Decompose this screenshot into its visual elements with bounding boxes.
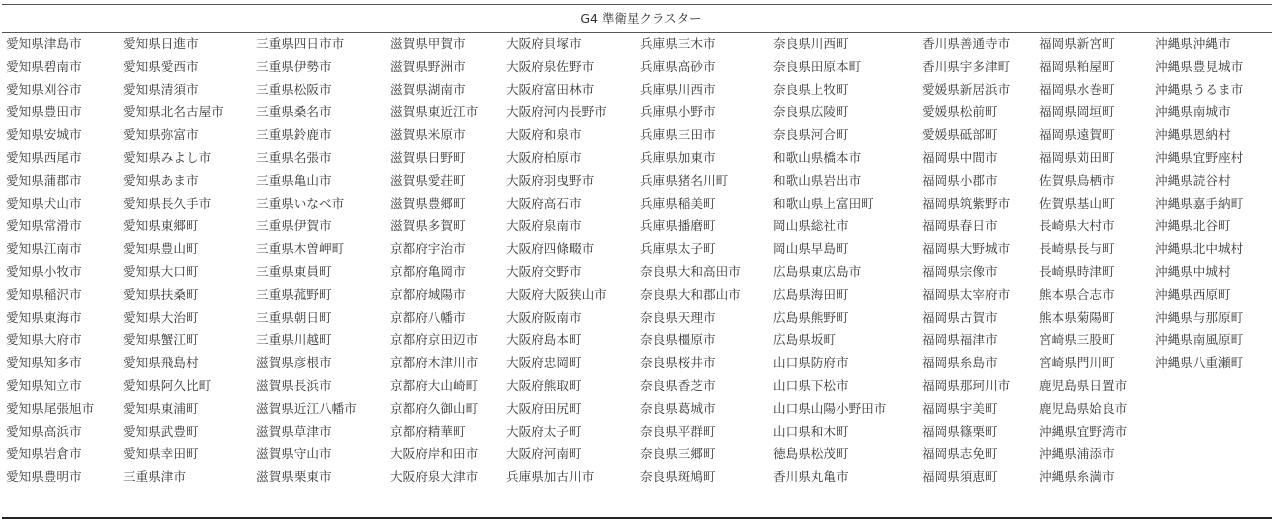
table-cell: 奈良県香芝市 bbox=[640, 375, 741, 398]
table-cell: 愛知県知立市 bbox=[6, 375, 94, 398]
table-cell: 京都府城陽市 bbox=[390, 284, 478, 307]
table-cell: 京都府久御山町 bbox=[390, 398, 478, 421]
table-cell: 沖縄県西原町 bbox=[1155, 284, 1243, 307]
table-cell: 兵庫県稲美町 bbox=[640, 193, 741, 216]
table-cell: 長崎県長与町 bbox=[1039, 238, 1127, 261]
table-cell: 大阪府熊取町 bbox=[506, 375, 607, 398]
table-cell: 愛知県大治町 bbox=[123, 307, 224, 330]
table-cell: 兵庫県播磨町 bbox=[640, 215, 741, 238]
table-cell: 愛知県愛西市 bbox=[123, 56, 224, 79]
table-cell: 山口県山陽小野田市 bbox=[773, 398, 886, 421]
table-cell: 沖縄県恩納村 bbox=[1155, 124, 1243, 147]
table-cell: 愛知県長久手市 bbox=[123, 193, 224, 216]
cluster-table: G4 準衛星クラスター 愛知県津島市愛知県碧南市愛知県刈谷市愛知県豊田市愛知県安… bbox=[2, 4, 1272, 517]
table-column: 三重県四日市市三重県伊勢市三重県松阪市三重県桑名市三重県鈴鹿市三重県名張市三重県… bbox=[256, 33, 357, 489]
table-cell: 滋賀県豊郷町 bbox=[390, 193, 478, 216]
table-cell: 愛知県弥富市 bbox=[123, 124, 224, 147]
table-column: 大阪府貝塚市大阪府泉佐野市大阪府富田林市大阪府河内長野市大阪府和泉市大阪府柏原市… bbox=[506, 33, 607, 489]
table-cell: 大阪府阪南市 bbox=[506, 307, 607, 330]
table-cell: 滋賀県多賀町 bbox=[390, 215, 478, 238]
table-cell: 愛知県東海市 bbox=[6, 307, 94, 330]
table-cell: 福岡県太宰府市 bbox=[922, 284, 1010, 307]
table-cell: 岡山県総社市 bbox=[773, 215, 886, 238]
table-cell: 愛知県碧南市 bbox=[6, 56, 94, 79]
table-cell: 福岡県古賀市 bbox=[922, 307, 1010, 330]
table-cell: 奈良県桜井市 bbox=[640, 352, 741, 375]
table-cell: 大阪府泉佐野市 bbox=[506, 56, 607, 79]
table-cell: 沖縄県浦添市 bbox=[1039, 443, 1127, 466]
table-cell: 福岡県筑紫野市 bbox=[922, 193, 1010, 216]
table-cell: 沖縄県南城市 bbox=[1155, 101, 1243, 124]
table-cell: 愛知県武豊町 bbox=[123, 421, 224, 444]
table-cell: 京都府亀岡市 bbox=[390, 261, 478, 284]
table-column: 愛知県津島市愛知県碧南市愛知県刈谷市愛知県豊田市愛知県安城市愛知県西尾市愛知県蒲… bbox=[6, 33, 94, 489]
table-cell: 和歌山県岩出市 bbox=[773, 170, 886, 193]
table-cell: 愛知県蟹江町 bbox=[123, 329, 224, 352]
table-cell: 三重県いなべ市 bbox=[256, 193, 357, 216]
table-cell: 兵庫県高砂市 bbox=[640, 56, 741, 79]
table-cell: 沖縄県読谷村 bbox=[1155, 170, 1243, 193]
table-cell: 熊本県合志市 bbox=[1039, 284, 1127, 307]
table-cell: 沖縄県宜野座村 bbox=[1155, 147, 1243, 170]
table-cell: 広島県坂町 bbox=[773, 329, 886, 352]
table-cell: 三重県鈴鹿市 bbox=[256, 124, 357, 147]
table-cell: 広島県東広島市 bbox=[773, 261, 886, 284]
table-cell: 三重県名張市 bbox=[256, 147, 357, 170]
table-cell: 大阪府交野市 bbox=[506, 261, 607, 284]
table-cell: 奈良県天理市 bbox=[640, 307, 741, 330]
table-cell: 奈良県河合町 bbox=[773, 124, 886, 147]
table-cell: 愛知県小牧市 bbox=[6, 261, 94, 284]
table-cell: 愛知県岩倉市 bbox=[6, 443, 94, 466]
table-cell: 大阪府富田林市 bbox=[506, 79, 607, 102]
table-cell: 京都府精華町 bbox=[390, 421, 478, 444]
table-cell: 愛知県北名古屋市 bbox=[123, 101, 224, 124]
table-cell: 沖縄県うるま市 bbox=[1155, 79, 1243, 102]
table-cell: 愛媛県松前町 bbox=[922, 101, 1010, 124]
table-cell: 滋賀県甲賀市 bbox=[390, 33, 478, 56]
table-cell: 徳島県松茂町 bbox=[773, 443, 886, 466]
table-cell: 沖縄県八重瀬町 bbox=[1155, 352, 1243, 375]
table-cell: 大阪府忠岡町 bbox=[506, 352, 607, 375]
table-cell: 愛媛県新居浜市 bbox=[922, 79, 1010, 102]
table-cell: 奈良県大和高田市 bbox=[640, 261, 741, 284]
table-cell: 和歌山県橋本市 bbox=[773, 147, 886, 170]
table-cell: 三重県伊賀市 bbox=[256, 215, 357, 238]
table-cell: 福岡県宗像市 bbox=[922, 261, 1010, 284]
table-cell: 愛知県豊明市 bbox=[6, 466, 94, 489]
table-cell: 大阪府四條畷市 bbox=[506, 238, 607, 261]
municipality-grid: 愛知県津島市愛知県碧南市愛知県刈谷市愛知県豊田市愛知県安城市愛知県西尾市愛知県蒲… bbox=[2, 33, 1272, 517]
table-cell: 三重県亀山市 bbox=[256, 170, 357, 193]
table-cell: 京都府大山崎町 bbox=[390, 375, 478, 398]
table-cell: 奈良県葛城市 bbox=[640, 398, 741, 421]
table-cell: 佐賀県鳥栖市 bbox=[1039, 170, 1127, 193]
table-cell: 愛知県常滑市 bbox=[6, 215, 94, 238]
table-cell: 福岡県大野城市 bbox=[922, 238, 1010, 261]
table-cell: 滋賀県栗東市 bbox=[256, 466, 357, 489]
table-cell: 沖縄県北谷町 bbox=[1155, 215, 1243, 238]
table-cell: 三重県川越町 bbox=[256, 329, 357, 352]
table-column: 福岡県新宮町福岡県粕屋町福岡県水巻町福岡県岡垣町福岡県遠賀町福岡県苅田町佐賀県鳥… bbox=[1039, 33, 1127, 489]
table-column: 沖縄県沖縄市沖縄県豊見城市沖縄県うるま市沖縄県南城市沖縄県恩納村沖縄県宜野座村沖… bbox=[1155, 33, 1243, 375]
table-cell: 愛知県みよし市 bbox=[123, 147, 224, 170]
table-cell: 大阪府太子町 bbox=[506, 421, 607, 444]
table-cell: 愛知県東郷町 bbox=[123, 215, 224, 238]
table-cell: 愛知県東浦町 bbox=[123, 398, 224, 421]
table-cell: 愛知県尾張旭市 bbox=[6, 398, 94, 421]
table-cell: 宮崎県三股町 bbox=[1039, 329, 1127, 352]
table-cell: 大阪府高石市 bbox=[506, 193, 607, 216]
table-cell: 福岡県篠栗町 bbox=[922, 421, 1010, 444]
table-cell: 大阪府田尻町 bbox=[506, 398, 607, 421]
table-cell: 兵庫県猪名川町 bbox=[640, 170, 741, 193]
table-cell: 福岡県那珂川市 bbox=[922, 375, 1010, 398]
table-cell: 山口県和木町 bbox=[773, 421, 886, 444]
table-cell: 福岡県岡垣町 bbox=[1039, 101, 1127, 124]
table-cell: 滋賀県米原市 bbox=[390, 124, 478, 147]
table-cell: 三重県伊勢市 bbox=[256, 56, 357, 79]
table-cell: 三重県木曽岬町 bbox=[256, 238, 357, 261]
table-cell: 愛知県稲沢市 bbox=[6, 284, 94, 307]
table-cell: 兵庫県加古川市 bbox=[506, 466, 607, 489]
table-cell: 滋賀県東近江市 bbox=[390, 101, 478, 124]
table-column: 滋賀県甲賀市滋賀県野洲市滋賀県湖南市滋賀県東近江市滋賀県米原市滋賀県日野町滋賀県… bbox=[390, 33, 478, 489]
table-cell: 奈良県三郷町 bbox=[640, 443, 741, 466]
table-cell: 福岡県須恵町 bbox=[922, 466, 1010, 489]
table-cell: 愛知県蒲郡市 bbox=[6, 170, 94, 193]
table-cell: 滋賀県守山市 bbox=[256, 443, 357, 466]
table-cell: 愛知県大口町 bbox=[123, 261, 224, 284]
table-cell: 宮崎県門川町 bbox=[1039, 352, 1127, 375]
table-cell: 長崎県時津町 bbox=[1039, 261, 1127, 284]
table-cell: 三重県菰野町 bbox=[256, 284, 357, 307]
table-cell: 福岡県春日市 bbox=[922, 215, 1010, 238]
table-cell: 滋賀県草津市 bbox=[256, 421, 357, 444]
table-cell: 兵庫県太子町 bbox=[640, 238, 741, 261]
table-cell: 滋賀県日野町 bbox=[390, 147, 478, 170]
table-cell: 愛知県清須市 bbox=[123, 79, 224, 102]
table-cell: 三重県松阪市 bbox=[256, 79, 357, 102]
table-cell: 愛知県津島市 bbox=[6, 33, 94, 56]
table-cell: 和歌山県上富田町 bbox=[773, 193, 886, 216]
table-cell: 鹿児島県姶良市 bbox=[1039, 398, 1127, 421]
table-cell: 滋賀県野洲市 bbox=[390, 56, 478, 79]
table-cell: 奈良県大和郡山市 bbox=[640, 284, 741, 307]
table-column: 兵庫県三木市兵庫県高砂市兵庫県川西市兵庫県小野市兵庫県三田市兵庫県加東市兵庫県猪… bbox=[640, 33, 741, 489]
table-cell: 三重県東員町 bbox=[256, 261, 357, 284]
table-cell: 沖縄県中城村 bbox=[1155, 261, 1243, 284]
table-cell: 兵庫県川西市 bbox=[640, 79, 741, 102]
table-cell: 山口県下松市 bbox=[773, 375, 886, 398]
table-cell: 福岡県宇美町 bbox=[922, 398, 1010, 421]
table-cell: 鹿児島県日置市 bbox=[1039, 375, 1127, 398]
table-cell: 奈良県橿原市 bbox=[640, 329, 741, 352]
table-cell: 福岡県糸島市 bbox=[922, 352, 1010, 375]
table-caption: G4 準衛星クラスター bbox=[2, 5, 1272, 32]
table-cell: 沖縄県宜野湾市 bbox=[1039, 421, 1127, 444]
table-cell: 愛知県知多市 bbox=[6, 352, 94, 375]
table-cell: 広島県熊野町 bbox=[773, 307, 886, 330]
table-cell: 兵庫県三田市 bbox=[640, 124, 741, 147]
table-cell: 山口県防府市 bbox=[773, 352, 886, 375]
table-cell: 滋賀県愛荘町 bbox=[390, 170, 478, 193]
table-column: 愛知県日進市愛知県愛西市愛知県清須市愛知県北名古屋市愛知県弥富市愛知県みよし市愛… bbox=[123, 33, 224, 489]
table-cell: 福岡県粕屋町 bbox=[1039, 56, 1127, 79]
table-cell: 大阪府大阪狭山市 bbox=[506, 284, 607, 307]
table-cell: 福岡県水巻町 bbox=[1039, 79, 1127, 102]
table-cell: 三重県四日市市 bbox=[256, 33, 357, 56]
table-cell: 佐賀県基山町 bbox=[1039, 193, 1127, 216]
table-cell: 岡山県早島町 bbox=[773, 238, 886, 261]
table-cell: 京都府八幡市 bbox=[390, 307, 478, 330]
table-cell: 奈良県田原本町 bbox=[773, 56, 886, 79]
table-cell: 京都府木津川市 bbox=[390, 352, 478, 375]
table-cell: 福岡県福津市 bbox=[922, 329, 1010, 352]
table-bottom-border bbox=[2, 517, 1272, 519]
table-cell: 京都府京田辺市 bbox=[390, 329, 478, 352]
table-cell: 沖縄県北中城村 bbox=[1155, 238, 1243, 261]
table-cell: 大阪府島本町 bbox=[506, 329, 607, 352]
table-cell: 香川県丸亀市 bbox=[773, 466, 886, 489]
table-cell: 沖縄県糸満市 bbox=[1039, 466, 1127, 489]
table-cell: 奈良県斑鳩町 bbox=[640, 466, 741, 489]
table-cell: 滋賀県湖南市 bbox=[390, 79, 478, 102]
table-cell: 兵庫県小野市 bbox=[640, 101, 741, 124]
table-cell: 大阪府河南町 bbox=[506, 443, 607, 466]
table-cell: 大阪府貝塚市 bbox=[506, 33, 607, 56]
table-cell: 香川県宇多津町 bbox=[922, 56, 1010, 79]
table-cell: 大阪府和泉市 bbox=[506, 124, 607, 147]
table-cell: 福岡県志免町 bbox=[922, 443, 1010, 466]
table-cell: 沖縄県与那原町 bbox=[1155, 307, 1243, 330]
table-cell: 愛知県高浜市 bbox=[6, 421, 94, 444]
table-cell: 愛知県日進市 bbox=[123, 33, 224, 56]
table-cell: 兵庫県加東市 bbox=[640, 147, 741, 170]
table-cell: 愛知県豊田市 bbox=[6, 101, 94, 124]
table-cell: 奈良県上牧町 bbox=[773, 79, 886, 102]
table-cell: 大阪府河内長野市 bbox=[506, 101, 607, 124]
table-cell: 京都府宇治市 bbox=[390, 238, 478, 261]
table-cell: 愛知県刈谷市 bbox=[6, 79, 94, 102]
table-cell: 大阪府泉南市 bbox=[506, 215, 607, 238]
table-cell: 沖縄県嘉手納町 bbox=[1155, 193, 1243, 216]
table-cell: 愛知県西尾市 bbox=[6, 147, 94, 170]
table-cell: 大阪府岸和田市 bbox=[390, 443, 478, 466]
table-cell: 奈良県平群町 bbox=[640, 421, 741, 444]
table-cell: 愛知県阿久比町 bbox=[123, 375, 224, 398]
table-cell: 愛知県江南市 bbox=[6, 238, 94, 261]
table-cell: 滋賀県近江八幡市 bbox=[256, 398, 357, 421]
table-cell: 福岡県中間市 bbox=[922, 147, 1010, 170]
table-cell: 愛知県豊山町 bbox=[123, 238, 224, 261]
table-cell: 滋賀県長浜市 bbox=[256, 375, 357, 398]
table-cell: 福岡県小郡市 bbox=[922, 170, 1010, 193]
table-cell: 三重県朝日町 bbox=[256, 307, 357, 330]
table-cell: 沖縄県南風原町 bbox=[1155, 329, 1243, 352]
table-cell: 沖縄県沖縄市 bbox=[1155, 33, 1243, 56]
table-cell: 三重県桑名市 bbox=[256, 101, 357, 124]
table-cell: 沖縄県豊見城市 bbox=[1155, 56, 1243, 79]
table-cell: 香川県善通寺市 bbox=[922, 33, 1010, 56]
table-column: 奈良県川西町奈良県田原本町奈良県上牧町奈良県広陵町奈良県河合町和歌山県橋本市和歌… bbox=[773, 33, 886, 489]
table-cell: 愛知県あま市 bbox=[123, 170, 224, 193]
table-cell: 熊本県菊陽町 bbox=[1039, 307, 1127, 330]
table-cell: 福岡県新宮町 bbox=[1039, 33, 1127, 56]
table-cell: 愛媛県砥部町 bbox=[922, 124, 1010, 147]
table-cell: 兵庫県三木市 bbox=[640, 33, 741, 56]
table-cell: 福岡県遠賀町 bbox=[1039, 124, 1127, 147]
table-cell: 長崎県大村市 bbox=[1039, 215, 1127, 238]
table-cell: 愛知県扶桑町 bbox=[123, 284, 224, 307]
table-cell: 奈良県川西町 bbox=[773, 33, 886, 56]
table-cell: 福岡県苅田町 bbox=[1039, 147, 1127, 170]
table-cell: 愛知県大府市 bbox=[6, 329, 94, 352]
table-cell: 大阪府羽曳野市 bbox=[506, 170, 607, 193]
table-column: 香川県善通寺市香川県宇多津町愛媛県新居浜市愛媛県松前町愛媛県砥部町福岡県中間市福… bbox=[922, 33, 1010, 489]
table-cell: 愛知県飛島村 bbox=[123, 352, 224, 375]
table-cell: 愛知県犬山市 bbox=[6, 193, 94, 216]
table-cell: 滋賀県彦根市 bbox=[256, 352, 357, 375]
table-cell: 奈良県広陵町 bbox=[773, 101, 886, 124]
table-cell: 三重県津市 bbox=[123, 466, 224, 489]
table-cell: 大阪府柏原市 bbox=[506, 147, 607, 170]
table-cell: 大阪府泉大津市 bbox=[390, 466, 478, 489]
table-cell: 愛知県安城市 bbox=[6, 124, 94, 147]
table-cell: 広島県海田町 bbox=[773, 284, 886, 307]
table-cell: 愛知県幸田町 bbox=[123, 443, 224, 466]
